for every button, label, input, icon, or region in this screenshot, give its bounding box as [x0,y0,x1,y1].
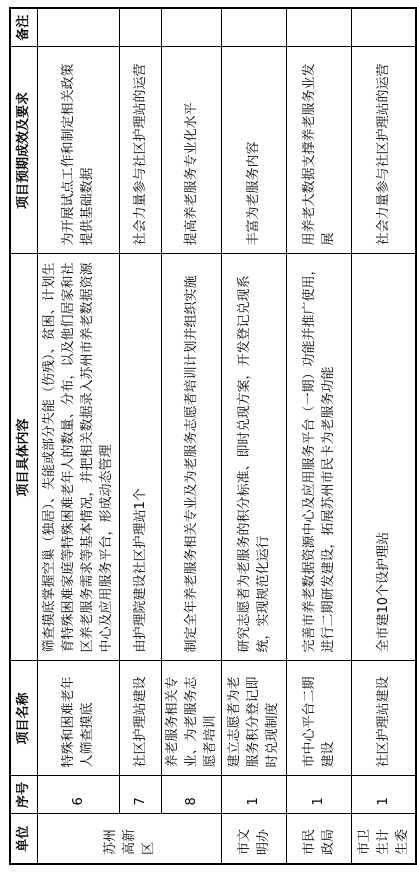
header-cell-remark: 备注 [10,8,37,47]
serial-cell: 7 [119,776,161,814]
expect-cell: 用养老大数据支撑养老服务业发展 [286,47,351,254]
header-cell-unit: 单位 [10,814,37,864]
remark-cell [119,8,161,47]
name-cell: 社区护理站建设 [119,661,161,776]
name-cell: 市中心平台二期建设 [286,661,351,776]
content-cell: 筛查摸底掌握空巢（独居）、失能或部分失能（伤残）、贫困、计划生育特殊困难家庭等特… [37,254,119,661]
content-cell: 由护理院建设社区护理站1个 [119,254,161,661]
content-cell: 全市建10个设护理站 [351,254,416,661]
remark-cell [37,8,119,47]
content-cell: 完善市养老数据资源中心及应用服务平台（一期）功能并推广使用，进行二期研发建设，拓… [286,254,351,661]
table-row: 市文明办 1 建立志愿者为老服务积分登记即时兑现制度 研究志愿者为老服务的积分标… [221,8,286,864]
expect-cell: 丰富为老服务内容 [221,47,286,254]
table-row: 8 养老服务相关专业、为老服务志愿者培训 制定全年养老服务相关专业及为老服务志愿… [161,8,221,864]
expect-cell: 社会力量参与社区护理站的运营 [119,47,161,254]
serial-cell: 1 [351,776,416,814]
serial-cell: 1 [286,776,351,814]
table-row: 7 社区护理站建设 由护理院建设社区护理站1个 社会力量参与社区护理站的运营 [119,8,161,864]
header-row: 单位 序号 项目名称 项目具体内容 项目预期成效及要求 备注 [10,8,37,864]
name-cell: 养老服务相关专业、为老服务志愿者培训 [161,661,221,776]
content-cell: 研究志愿者为老服务的积分标准、即时兑现方案，开发登记兑现系统，实现规范化运行 [221,254,286,661]
header-cell-serial: 序号 [10,776,37,814]
serial-cell: 1 [221,776,286,814]
unit-cell: 市卫生计生委 [351,814,416,864]
expect-cell: 社会力量参与社区护理站的运营 [351,47,416,254]
name-cell: 特殊和困难老年人筛查摸底 [37,661,119,776]
remark-cell [161,8,221,47]
table-row: 市卫生计生委 1 社区护理站建设 全市建10个设护理站 社会力量参与社区护理站的… [351,8,416,864]
name-cell: 社区护理站建设 [351,661,416,776]
table-row: 苏州高新区 6 特殊和困难老年人筛查摸底 筛查摸底掌握空巢（独居）、失能或部分失… [37,8,119,864]
remark-cell [286,8,351,47]
remark-cell [221,8,286,47]
serial-cell: 6 [37,776,119,814]
name-cell: 建立志愿者为老服务积分登记即时兑现制度 [221,661,286,776]
rotated-table-canvas: 单位 序号 项目名称 项目具体内容 项目预期成效及要求 备注 苏州高新区 6 特… [0,0,417,872]
unit-cell: 市文明办 [221,814,286,864]
remark-cell [351,8,416,47]
expect-cell: 为开展试点工作和制定相关政策提供基础数据 [37,47,119,254]
table-row: 市民政局 1 市中心平台二期建设 完善市养老数据资源中心及应用服务平台（一期）功… [286,8,351,864]
header-cell-expect: 项目预期成效及要求 [10,47,37,254]
expect-cell: 提高养老服务专业化水平 [161,47,221,254]
content-cell: 制定全年养老服务相关专业及为老服务志愿者培训计划并组织实施 [161,254,221,661]
unit-cell: 市民政局 [286,814,351,864]
header-cell-name: 项目名称 [10,661,37,776]
serial-cell: 8 [161,776,221,814]
unit-cell: 苏州高新区 [37,814,221,864]
header-cell-content: 项目具体内容 [10,254,37,661]
project-table: 单位 序号 项目名称 项目具体内容 项目预期成效及要求 备注 苏州高新区 6 特… [9,7,417,865]
scanned-page: 单位 序号 项目名称 项目具体内容 项目预期成效及要求 备注 苏州高新区 6 特… [0,0,417,872]
